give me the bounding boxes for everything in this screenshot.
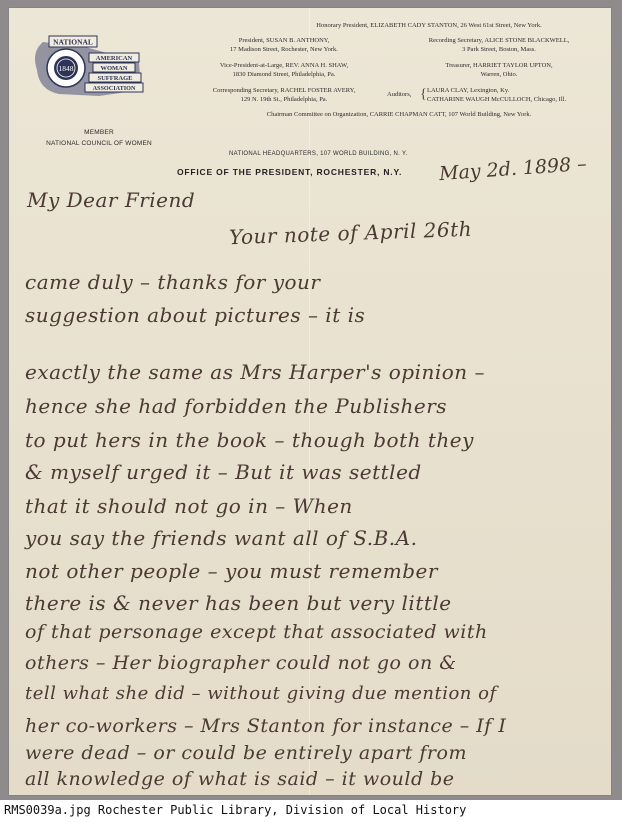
letter-line: suggestion about pictures – it is: [25, 303, 365, 327]
logo-banner-national: NATIONAL: [53, 38, 93, 47]
letter-line: & myself urged it – But it was settled: [25, 460, 422, 484]
auditors-block: Auditors, { LAURA CLAY, Lexington, Ky. C…: [387, 87, 607, 104]
member-organization: NATIONAL COUNCIL OF WOMEN: [19, 138, 179, 149]
recording-secretary-block: Recording Secretary, ALICE STONE BLACKWE…: [399, 37, 599, 54]
letter-line: exactly the same as Mrs Harper's opinion…: [25, 360, 485, 384]
chairman-line: Chairman Committee on Organization, CARR…: [209, 111, 589, 120]
brace: {: [420, 87, 427, 103]
letter-line: there is & never has been but very littl…: [25, 591, 452, 615]
handwritten-date: May 2d. 1898 –: [438, 153, 587, 185]
svg-text:AMERICAN: AMERICAN: [96, 55, 133, 62]
president-block: President, SUSAN B. ANTHONY, 17 Madison …: [189, 37, 379, 54]
corresponding-secretary-block: Corresponding Secretary, RACHEL FOSTER A…: [189, 87, 379, 104]
nawsa-logo-icon: NATIONAL 1848 AMERICAN WOMAN SUFFRAGE AS…: [29, 30, 149, 100]
letter-line: you say the friends want all of S.B.A.: [25, 526, 417, 550]
letter-line: her co-workers – Mrs Stanton for instanc…: [25, 715, 506, 737]
honorary-president: Honorary President, ELIZABETH CADY STANT…: [259, 22, 599, 31]
letter-line: were dead – or could be entirely apart f…: [25, 742, 467, 764]
office-of-president: OFFICE OF THE PRESIDENT, ROCHESTER, N.Y.: [177, 167, 402, 177]
svg-text:SUFFRAGE: SUFFRAGE: [97, 75, 132, 82]
letter-line: came duly – thanks for your: [25, 270, 320, 294]
logo-year: 1848: [59, 64, 74, 73]
salutation: My Dear Friend: [27, 188, 195, 212]
letter-line: not other people – you must remember: [25, 559, 438, 583]
image-caption: RMS0039a.jpg Rochester Public Library, D…: [4, 803, 466, 817]
auditors-label: Auditors,: [387, 91, 411, 100]
letter-line: Your note of April 26th: [229, 217, 473, 249]
letter-page: NATIONAL 1848 AMERICAN WOMAN SUFFRAGE AS…: [9, 8, 611, 795]
letter-line: to put hers in the book – though both th…: [25, 428, 474, 452]
scan-background: NATIONAL 1848 AMERICAN WOMAN SUFFRAGE AS…: [0, 0, 622, 800]
letter-line: tell what she did – without giving due m…: [25, 683, 497, 704]
treasurer-block: Treasurer, HARRIET TAYLOR UPTON, Warren,…: [399, 62, 599, 79]
member-label: MEMBER: [19, 127, 179, 138]
letter-line: hence she had forbidden the Publishers: [25, 394, 447, 418]
member-note: MEMBER NATIONAL COUNCIL OF WOMEN: [19, 127, 179, 149]
svg-text:WOMAN: WOMAN: [100, 65, 127, 72]
letter-line: of that personage except that associated…: [25, 621, 488, 643]
letter-line: that it should not go in – When: [25, 494, 353, 518]
letter-line: all knowledge of what is said – it would…: [25, 768, 455, 790]
letter-line: others – Her biographer could not go on …: [25, 652, 457, 674]
vice-president-block: Vice-President-at-Large, REV. ANNA H. SH…: [189, 62, 379, 79]
national-headquarters: NATIONAL HEADQUARTERS, 107 WORLD BUILDIN…: [229, 151, 407, 157]
svg-text:ASSOCIATION: ASSOCIATION: [93, 85, 136, 92]
